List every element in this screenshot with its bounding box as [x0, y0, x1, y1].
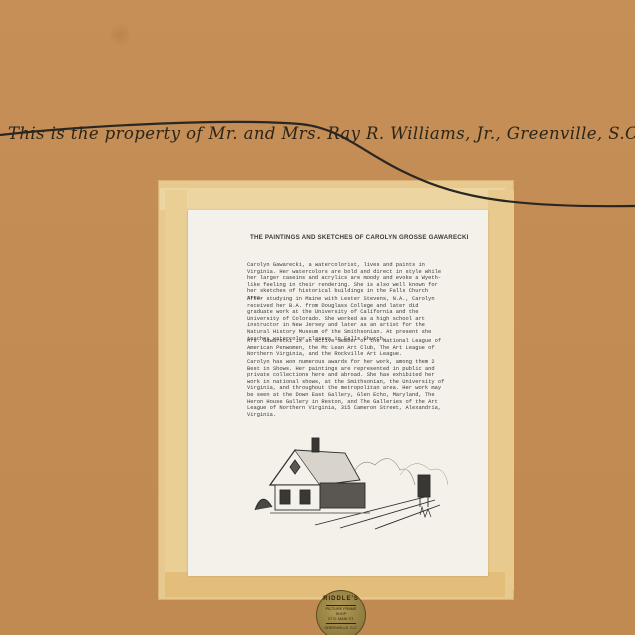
- handwritten-inscription: This is the property of Mr. and Mrs. Ray…: [8, 124, 633, 143]
- label-line-1: PICTURE FRAME: [316, 607, 366, 612]
- railway-station-sketch: [250, 425, 450, 530]
- tape-strip-left: [165, 190, 187, 595]
- label-city: GREENVILLE, S.C.: [316, 626, 366, 631]
- tape-strip-right: [488, 190, 514, 590]
- framer-name: RIDDLE'S: [316, 596, 366, 602]
- label-rule: [326, 623, 356, 624]
- paragraph-education: After studying in Maine with Lester Stev…: [247, 296, 447, 342]
- label-rule: [326, 605, 356, 606]
- paragraph-memberships: Mrs. Gawarecki is an active member of th…: [247, 338, 447, 358]
- label-line-3: 27 S. MAIN ST.: [316, 617, 366, 622]
- label-line-2: SHOP: [316, 612, 366, 617]
- document-title: THE PAINTINGS AND SKETCHES OF CAROLYN GR…: [250, 234, 450, 241]
- tape-strip-top: [160, 188, 505, 210]
- framer-label: RIDDLE'S PICTURE FRAME SHOP 27 S. MAIN S…: [316, 590, 366, 635]
- paragraph-awards: Carolyn has won numerous awards for her …: [247, 359, 447, 418]
